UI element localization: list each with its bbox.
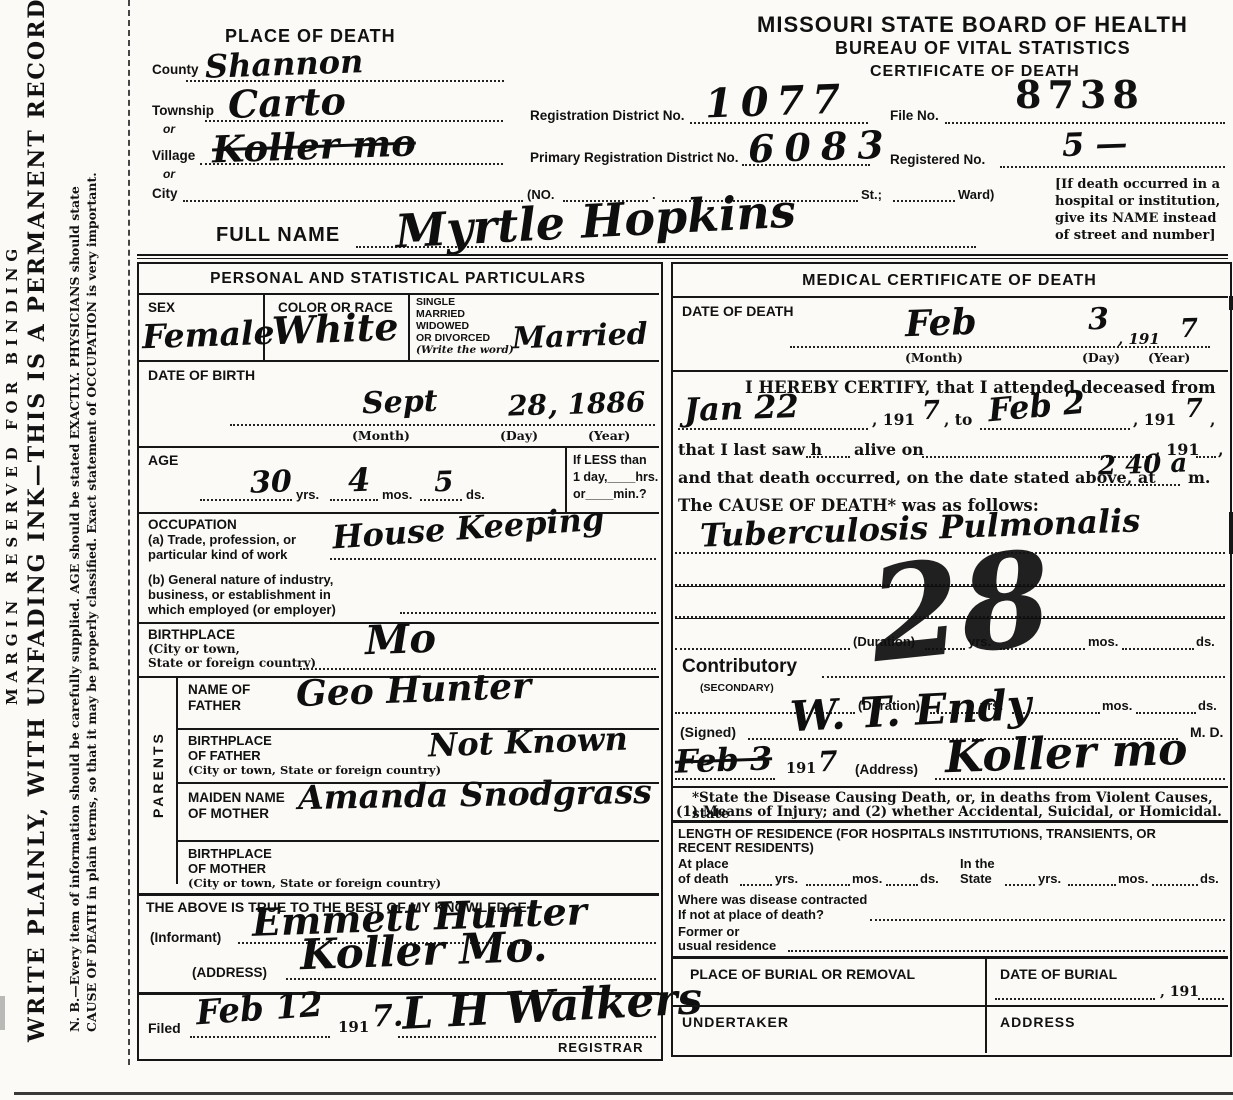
instate-mos-line: [1068, 884, 1116, 886]
father-bp-l2: OF FATHER: [188, 748, 272, 763]
mother-bp-l2: OF MOTHER: [188, 861, 272, 876]
duration-ds-label: ds.: [1196, 634, 1215, 649]
in-state-label: In the State: [960, 856, 995, 886]
birthplace-sub1: (City or town,: [148, 642, 240, 656]
full-name-label: FULL NAME: [216, 224, 340, 247]
binding-margin-note: MARGIN RESERVED FOR BINDING: [3, 243, 21, 705]
former-line1: Former or: [678, 924, 739, 939]
signed-year-value: 7: [818, 748, 838, 777]
age-mos-line: [330, 499, 378, 501]
mother-name-value: Amanda Snodgrass: [298, 775, 652, 814]
certificate-number-stamp: 8738: [1015, 72, 1145, 117]
signed-date-value: Feb 3: [674, 742, 772, 777]
rule: [671, 820, 1228, 823]
age-years-value: 30: [249, 467, 292, 498]
last-saw-text1: that I last saw h: [678, 440, 822, 459]
hospital-note-line3: give its NAME instead: [1055, 210, 1233, 227]
undertaker-label: UNDERTAKER: [682, 1014, 789, 1030]
marital-label: SINGLE MARRIED WIDOWED OR DIVORCED (Writ…: [416, 296, 514, 356]
death-occurred-m: m.: [1188, 468, 1211, 487]
filed-date-line: [190, 1036, 330, 1038]
father-name-l2: FATHER: [188, 698, 250, 714]
dob-month-value: Sept: [361, 387, 438, 420]
registered-no-value: 5 —: [1061, 127, 1127, 161]
medical-title: MEDICAL CERTIFICATE OF DEATH: [671, 272, 1228, 290]
dob-month-caption: (Month): [352, 428, 410, 443]
instate-yrs-label: yrs.: [1038, 871, 1061, 886]
marital-label-l1: SINGLE: [416, 296, 514, 308]
or-label-2: or: [163, 167, 175, 181]
md-label: M. D.: [1190, 724, 1223, 740]
occupation-b-line1: (b) General nature of industry,: [148, 572, 333, 587]
informant-address-label: (ADDRESS): [192, 965, 267, 980]
in-the-l1: In the: [960, 856, 995, 871]
occupation-a-line: [330, 558, 656, 560]
footnote-line2: (1) Means of Injury; and (2) whether Acc…: [676, 804, 1222, 820]
mother-birthplace-sub: (City or town, State or foreign country): [188, 876, 441, 890]
dod-month-caption: (Month): [905, 350, 963, 365]
occupation-a-line1: (a) Trade, profession, or: [148, 532, 296, 547]
duration2-ds-line: [1136, 712, 1196, 714]
instate-yrs-line: [1005, 884, 1035, 886]
duration2-ds-label: ds.: [1198, 698, 1217, 713]
if-less-note: If LESS than 1 day,____hrs. or____min.?: [573, 452, 658, 503]
nb-note-line1: N. B.—Every item of information should b…: [66, 172, 83, 1032]
from-year-value: 7: [922, 398, 941, 425]
filed-year-printed: 191: [338, 1018, 369, 1036]
certify-line1: I HEREBY CERTIFY, that I attended deceas…: [745, 378, 1216, 397]
attended-from-value: Jan 22: [683, 390, 799, 426]
age-yrs-label: yrs.: [296, 487, 319, 502]
atplace-mos-line: [806, 884, 850, 886]
signed-year-printed: 191: [786, 760, 816, 777]
sex-label: SEX: [148, 300, 175, 315]
age-ds-line: [420, 499, 462, 501]
age-label: AGE: [148, 452, 178, 468]
dod-label: DATE OF DEATH: [682, 303, 793, 319]
filed-year-value: 7.: [371, 1001, 403, 1032]
mother-bp-l1: BIRTHPLACE: [188, 846, 272, 861]
tally-mark-overlay: 28: [864, 533, 1058, 681]
marital-label-l4: OR DIVORCED: [416, 332, 514, 344]
file-no-label: File No.: [890, 108, 939, 123]
contracted-line1: Where was disease contracted: [678, 892, 867, 907]
village-value: Koller mo: [211, 124, 416, 168]
nb-note-line2: CAUSE OF DEATH in plain terms, so that i…: [83, 172, 100, 1032]
primary-registration-label: Primary Registration District No.: [530, 150, 739, 165]
mother-birthplace-label: BIRTHPLACE OF MOTHER: [188, 846, 272, 876]
to-year-printed: , 191: [1133, 410, 1176, 429]
at-place-l2: of death: [678, 871, 729, 886]
nb-note: N. B.—Every item of information should b…: [66, 172, 100, 1032]
duration-ds-line: [1122, 648, 1194, 650]
death-time-line: [1098, 484, 1180, 486]
death-occurred-text: and that death occurred, on the date sta…: [678, 468, 1156, 487]
personal-title: PERSONAL AND STATISTICAL PARTICULARS: [137, 270, 659, 288]
atplace-yrs-label: yrs.: [775, 871, 798, 886]
rule: [671, 1005, 1228, 1007]
burial-year-blank: [1198, 998, 1224, 1000]
hospital-note-line1: [If death occurred in a: [1055, 176, 1233, 193]
primary-registration-value: 6083: [747, 125, 894, 168]
mother-name-label: MAIDEN NAME OF MOTHER: [188, 790, 285, 822]
informant-label: (Informant): [150, 930, 221, 945]
rule: [137, 446, 659, 448]
dob-label: DATE OF BIRTH: [148, 367, 255, 383]
at-place-l1: At place: [678, 856, 729, 871]
from-year-printed: , 191: [872, 410, 915, 429]
village-label: Village: [152, 148, 195, 163]
township-value: Carto: [227, 82, 346, 124]
father-bp-l1: BIRTHPLACE: [188, 733, 272, 748]
burial-year-printed: , 191: [1160, 984, 1199, 1000]
occupation-b-line3: which employed (or employer): [148, 602, 336, 617]
instate-ds-line: [1152, 884, 1198, 886]
filed-label: Filed: [148, 1020, 181, 1036]
age-ds-label: ds.: [466, 487, 485, 502]
if-less-line2: 1 day,____hrs.: [573, 469, 658, 486]
hospital-note: [If death occurred in a hospital or inst…: [1055, 176, 1233, 244]
atplace-mos-label: mos.: [852, 871, 882, 886]
to-year-value: 7: [1185, 396, 1204, 423]
father-birthplace-label: BIRTHPLACE OF FATHER: [188, 733, 272, 763]
dob-day-value: 28: [508, 391, 548, 420]
duration-mos-label: mos.: [1088, 634, 1118, 649]
dob-year-caption: (Year): [588, 428, 630, 443]
burial-date-label: DATE OF BURIAL: [1000, 966, 1117, 982]
burial-place-label: PLACE OF BURIAL OR REMOVAL: [690, 966, 915, 982]
rule: [671, 296, 1228, 298]
ward-label: Ward): [958, 187, 994, 202]
former-residence-line: [788, 950, 1225, 952]
age-mos-label: mos.: [382, 487, 412, 502]
rule: [137, 254, 1228, 256]
informant-address-value: Koller Mo.: [299, 926, 548, 977]
father-birthplace-sub: (City or town, State or foreign country): [188, 763, 441, 777]
if-less-line1: If LESS than: [573, 452, 658, 469]
hospital-note-line4: of street and number]: [1055, 227, 1233, 244]
occupation-label: OCCUPATION: [148, 517, 237, 532]
father-birthplace-value: Not Known: [428, 723, 629, 762]
residence-title-line1: LENGTH OF RESIDENCE (FOR HOSPITALS INSTI…: [678, 826, 1156, 841]
attended-from-line: [678, 428, 868, 430]
dob-line: [230, 424, 655, 426]
marital-write-word: (Write the word): [416, 344, 514, 356]
write-plainly-note: WRITE PLAINLY, WITH UNFADING INK—THIS IS…: [24, 0, 50, 1042]
st-label: St.;: [861, 187, 882, 202]
attended-to-line: [980, 428, 1130, 430]
contracted-line: [870, 919, 1225, 921]
binding-rule: [128, 0, 130, 1065]
dob-year-value: , 1886: [548, 388, 646, 419]
burial-date-line: [995, 998, 1155, 1000]
age-months-value: 4: [347, 464, 370, 497]
color-race-value: White: [271, 308, 399, 350]
contributory-label: Contributory: [682, 656, 797, 678]
rule: [671, 786, 1228, 788]
in-the-l2: State: [960, 871, 995, 886]
last-saw-text2: alive on: [854, 440, 924, 459]
signed-label: (Signed): [680, 724, 736, 740]
rule: [176, 676, 178, 884]
last-saw-comma: ,: [1218, 440, 1224, 459]
father-name-value: Geo Hunter: [295, 668, 531, 712]
attended-to-value: Feb 2: [987, 386, 1087, 426]
mother-name-l1: MAIDEN NAME: [188, 790, 285, 806]
last-saw-year-blank: [1196, 456, 1216, 458]
death-certificate-scan: MARGIN RESERVED FOR BINDING WRITE PLAINL…: [0, 0, 1233, 1100]
county-label: County: [152, 62, 199, 77]
father-name-label: NAME OF FATHER: [188, 682, 250, 714]
to-comma: ,: [1210, 410, 1215, 429]
at-place-label: At place of death: [678, 856, 729, 886]
duration2-mos-label: mos.: [1102, 698, 1132, 713]
ward-line: [893, 200, 955, 202]
dob-day-caption: (Day): [500, 428, 538, 443]
scan-artifact: [14, 1092, 1233, 1095]
scan-artifact: [0, 996, 5, 1030]
rule: [137, 360, 659, 362]
atplace-ds-label: ds.: [920, 871, 939, 886]
undertaker-address-label: ADDRESS: [1000, 1014, 1075, 1030]
dod-year-value: 7: [1180, 316, 1199, 343]
last-saw-blank: [806, 456, 850, 458]
bureau-title: BUREAU OF VITAL STATISTICS: [835, 38, 1131, 59]
instate-ds-label: ds.: [1200, 871, 1219, 886]
birthplace-sub2: State or foreign country): [148, 656, 316, 670]
scan-artifact: [1229, 296, 1233, 310]
rule: [408, 293, 410, 360]
occupation-b-line2: business, or establishment in: [148, 587, 331, 602]
rule: [176, 840, 659, 842]
secondary-label: (SECONDARY): [700, 682, 774, 694]
rule: [137, 258, 1228, 259]
marital-label-l3: WIDOWED: [416, 320, 514, 332]
atplace-yrs-line: [740, 884, 772, 886]
dod-day-caption: (Day): [1082, 350, 1120, 365]
contracted-line2: If not at place of death?: [678, 907, 824, 922]
instate-mos-label: mos.: [1118, 871, 1148, 886]
birthplace-label: BIRTHPLACE: [148, 627, 235, 642]
dod-day-value: 3: [1087, 305, 1109, 336]
full-name-value: Myrtle Hopkins: [394, 188, 797, 255]
dod-year-caption: (Year): [1148, 350, 1190, 365]
parents-label: PARENTS: [150, 731, 166, 818]
hospital-note-line2: hospital or institution,: [1055, 193, 1233, 210]
file-no-line: [945, 122, 1225, 124]
birthplace-value: Mo: [364, 619, 436, 661]
age-days-value: 5: [434, 468, 454, 497]
marital-label-l2: MARRIED: [416, 308, 514, 320]
filed-date-value: Feb 12: [195, 988, 324, 1031]
scan-artifact: [1229, 512, 1233, 554]
registered-no-label: Registered No.: [890, 152, 985, 167]
duration-lead-line: [675, 648, 850, 650]
contributory-line: [822, 676, 1225, 678]
occupation-b-line: [400, 612, 656, 614]
father-name-l1: NAME OF: [188, 682, 250, 698]
registration-district-value: 1077: [704, 80, 849, 125]
former-line2: usual residence: [678, 938, 776, 953]
residence-title-line2: RECENT RESIDENTS): [678, 840, 814, 855]
marital-value: Married: [512, 320, 649, 355]
signed-address-label: (Address): [855, 762, 918, 777]
rule: [137, 293, 659, 295]
registration-district-label: Registration District No.: [530, 108, 685, 123]
mother-name-l2: OF MOTHER: [188, 806, 285, 822]
death-time-value: 2 40 a: [1098, 450, 1188, 479]
sex-value: Female: [141, 316, 275, 354]
or-label-1: or: [163, 122, 175, 136]
registered-no-line: [1000, 166, 1225, 168]
board-title: MISSOURI STATE BOARD OF HEALTH: [757, 12, 1188, 38]
dod-year-printed: , 191: [1118, 330, 1160, 348]
city-label: City: [152, 186, 178, 201]
registrar-label: REGISTRAR: [558, 1040, 644, 1055]
occupation-a-line2: particular kind of work: [148, 547, 287, 562]
atplace-ds-line: [886, 884, 918, 886]
to-label: , to: [944, 410, 972, 429]
dod-month-value: Feb: [904, 304, 977, 342]
rule: [671, 956, 1228, 959]
rule: [671, 370, 1228, 372]
signed-address-value: Koller mo: [944, 728, 1188, 780]
township-label: Township: [152, 103, 214, 118]
